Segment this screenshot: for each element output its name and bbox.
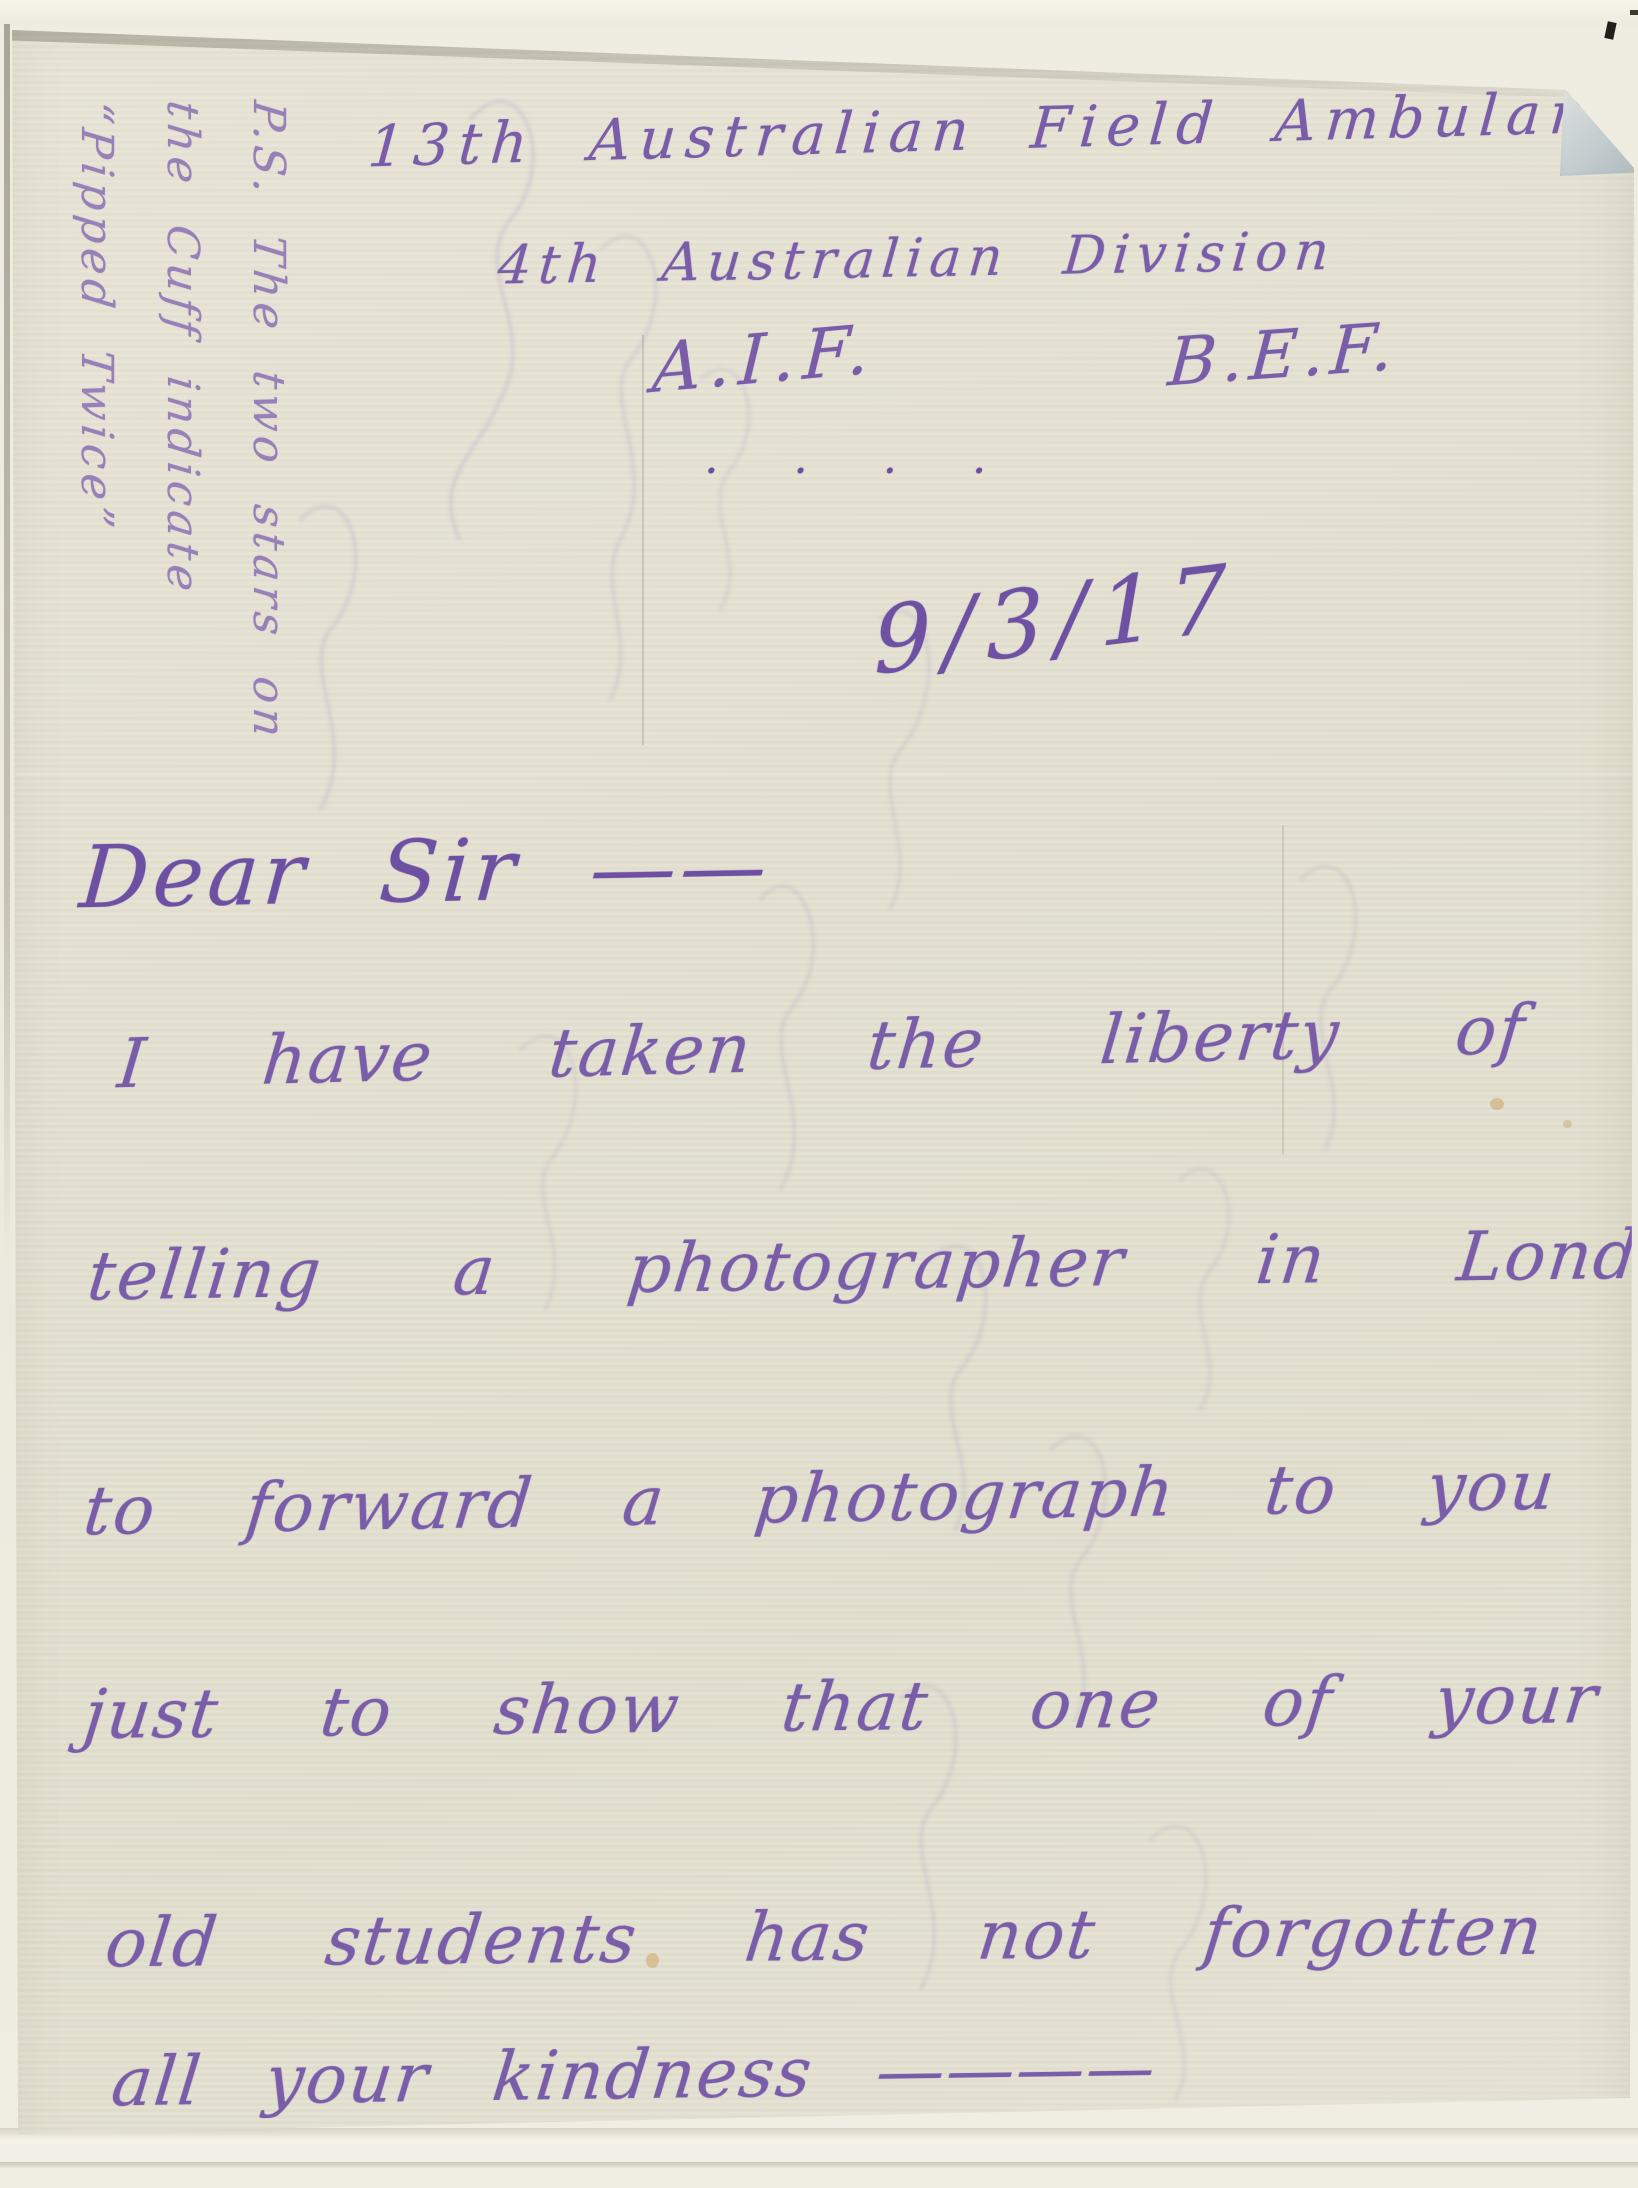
- margin-note-line: “Pipped Twice”: [53, 96, 139, 849]
- unit-name-line: 13th Australian Field Ambulance: [366, 78, 1638, 181]
- body-line: just to show that one of your: [80, 1660, 1603, 1755]
- body-line: telling a photographer in London: [84, 1214, 1638, 1316]
- paper-stain: [1563, 1120, 1572, 1128]
- archive-corner-mark: [1604, 21, 1616, 39]
- margin-note-line: P.S. The two stars on: [225, 96, 311, 849]
- scan-backdrop-top: [0, 0, 1638, 26]
- underlying-page-shadow: [0, 2162, 1638, 2168]
- aif-abbreviation: A.I.F.: [650, 310, 879, 409]
- edge-speck: [1630, 10, 1638, 15]
- body-line: I have taken the liberty of: [114, 991, 1529, 1105]
- date-line: 9/3/17: [872, 543, 1239, 695]
- body-line: old students has not forgotten: [102, 1892, 1549, 1984]
- margin-postscript: P.S. The two stars on the Cuff indicate …: [49, 101, 311, 845]
- paper-stain: [1490, 1098, 1504, 1110]
- salutation: Dear Sir ——: [77, 816, 774, 928]
- body-line: to forward a photograph to you —: [80, 1444, 1638, 1552]
- letter-sheet: P.S. The two stars on the Cuff indicate …: [0, 0, 1638, 2188]
- abbreviation-dots: . . . .: [704, 430, 1016, 484]
- division-line: 4th Australian Division: [495, 221, 1338, 297]
- paper-crease: [1282, 825, 1284, 1155]
- paper-crease: [642, 335, 644, 745]
- body-line: all your kindness ————: [108, 2029, 1161, 2123]
- dog-ear-fold: [1556, 84, 1638, 180]
- bef-abbreviation: B.E.F.: [1166, 308, 1402, 402]
- sheet-left-edge-shadow: [4, 24, 10, 1264]
- margin-note-line: the Cuff indicate: [139, 96, 225, 849]
